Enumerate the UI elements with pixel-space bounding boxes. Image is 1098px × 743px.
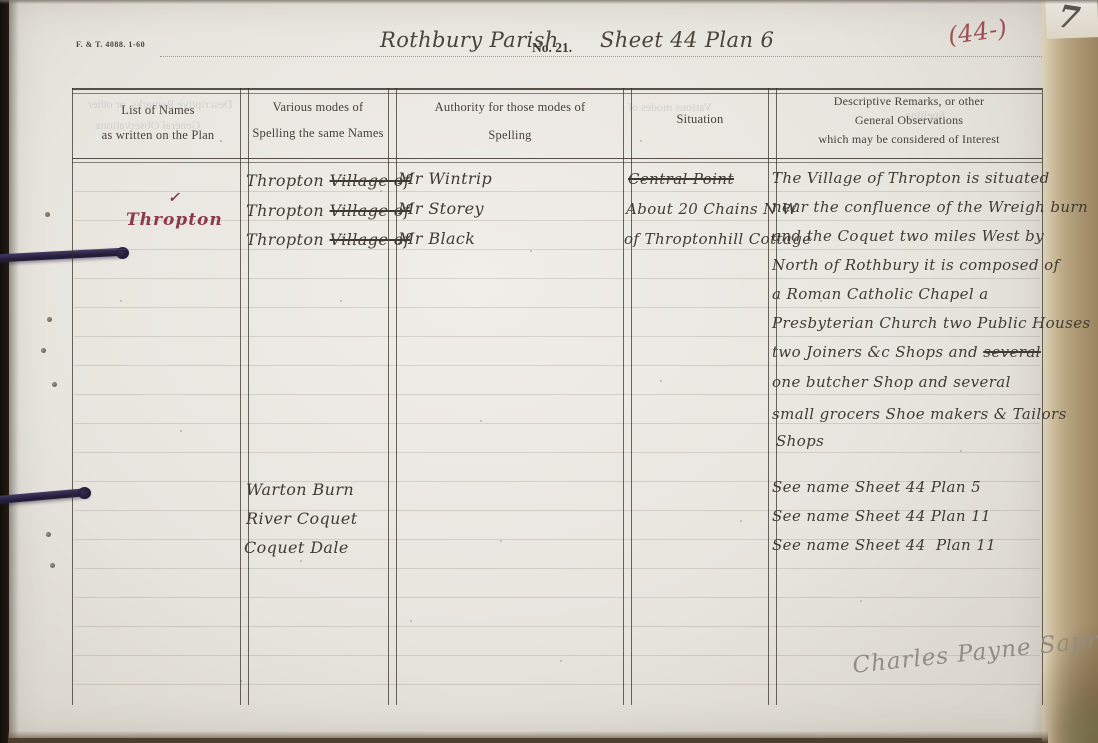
name-line: River Coquet xyxy=(246,509,358,528)
col-header-situation: Situation xyxy=(635,112,765,127)
col-header-names-line2: as written on the Plan xyxy=(80,128,236,143)
entry-plan-name: Thropton xyxy=(126,210,223,230)
spelling-line: Thropton Village of xyxy=(246,230,410,249)
remark-text: near the confluence of the Wreigh burn xyxy=(772,198,1088,216)
authority-line: Mr Wintrip xyxy=(398,169,492,188)
col-divider xyxy=(240,88,241,705)
page-bottom-edge xyxy=(8,731,1048,743)
remark-text: Shops xyxy=(776,432,824,450)
punch-hole xyxy=(41,348,46,353)
table-top-rule xyxy=(72,88,1042,90)
col-header-spelling-line1: Various modes of xyxy=(252,100,384,115)
authority-line: Mr Storey xyxy=(398,199,484,218)
remark-text: small grocers Shoe makers & Tailors xyxy=(772,405,1067,423)
header-rule xyxy=(160,34,1042,57)
remark-text: two Joiners &c Shops and xyxy=(772,343,983,361)
spelling-kept: Thropton xyxy=(246,201,330,220)
book-gutter-edge xyxy=(0,0,9,743)
paper-speckles xyxy=(0,0,2,2)
form-reference: F. & T. 4088. 1-60 xyxy=(76,40,145,49)
remark-line: Presbyterian Church two Public Houses xyxy=(772,314,1091,332)
remark-text: Presbyterian Church two Public Houses xyxy=(772,314,1091,332)
col-header-spelling-line2: Spelling the same Names xyxy=(252,126,384,141)
name-line: Warton Burn xyxy=(246,480,354,499)
remark-text: and the Coquet two miles West by xyxy=(772,227,1044,245)
situation-struck: Central Point xyxy=(628,170,734,188)
remark-line: a Roman Catholic Chapel a xyxy=(772,285,989,303)
punch-hole xyxy=(47,317,52,322)
header-bottom-rule xyxy=(72,158,1042,159)
col-header-remarks-line2: General Observations xyxy=(780,113,1038,128)
col-divider xyxy=(768,88,769,705)
cross-reference-line: See name Sheet 44 Plan 5 xyxy=(772,478,981,496)
spelling-line: Thropton Village of xyxy=(246,171,410,190)
remark-text: The Village of Thropton is situated xyxy=(772,169,1050,187)
spelling-line: Thropton Village of xyxy=(246,201,410,220)
punch-hole xyxy=(52,382,57,387)
col-divider xyxy=(623,88,624,705)
scanned-ledger-page: F. & T. 4088. 1-60 Rothbury Parish No. 2… xyxy=(0,0,1098,743)
cross-reference-line: See name Sheet 44 Plan 11 xyxy=(772,507,991,525)
remark-line: Shops xyxy=(776,432,824,450)
remark-line: small grocers Shoe makers & Tailors xyxy=(772,405,1067,423)
name-line: Coquet Dale xyxy=(244,538,349,557)
situation-line: Central Point xyxy=(628,170,734,188)
authority-line: Mr Black xyxy=(398,229,475,248)
remark-line: North of Rothbury it is composed of xyxy=(772,256,1060,274)
remark-line: The Village of Thropton is situated xyxy=(772,169,1050,187)
gutter-shadow xyxy=(9,0,19,743)
spelling-kept: Thropton xyxy=(246,230,330,249)
spelling-kept: Thropton xyxy=(246,171,330,190)
remark-line: near the confluence of the Wreigh burn xyxy=(772,198,1088,216)
mold-stain xyxy=(1052,690,1098,743)
punch-hole xyxy=(46,532,51,537)
remark-text: a Roman Catholic Chapel a xyxy=(772,285,989,303)
table-left-rule xyxy=(72,88,73,705)
col-header-remarks-line3: which may be considered of Interest xyxy=(780,132,1038,147)
cross-reference-line: See name Sheet 44 Plan 11 xyxy=(772,536,996,554)
remark-text: one butcher Shop and several xyxy=(772,373,1011,391)
punch-hole xyxy=(45,212,50,217)
remark-text: North of Rothbury it is composed of xyxy=(772,256,1060,274)
col-header-authority-line2: Spelling xyxy=(400,128,620,143)
col-header-remarks-line1: Descriptive Remarks, or other xyxy=(780,94,1038,109)
punch-hole xyxy=(50,563,55,568)
remark-line: one butcher Shop and several xyxy=(772,373,1011,391)
check-mark: ✓ xyxy=(168,190,181,206)
col-header-names-line1: List of Names xyxy=(80,103,236,118)
page-top-edge xyxy=(0,0,1098,4)
remark-line: and the Coquet two miles West by xyxy=(772,227,1044,245)
remark-struck: several xyxy=(983,343,1041,361)
remark-line: two Joiners &c Shops and several xyxy=(772,343,1041,361)
col-header-authority-line1: Authority for those modes of xyxy=(400,100,620,115)
